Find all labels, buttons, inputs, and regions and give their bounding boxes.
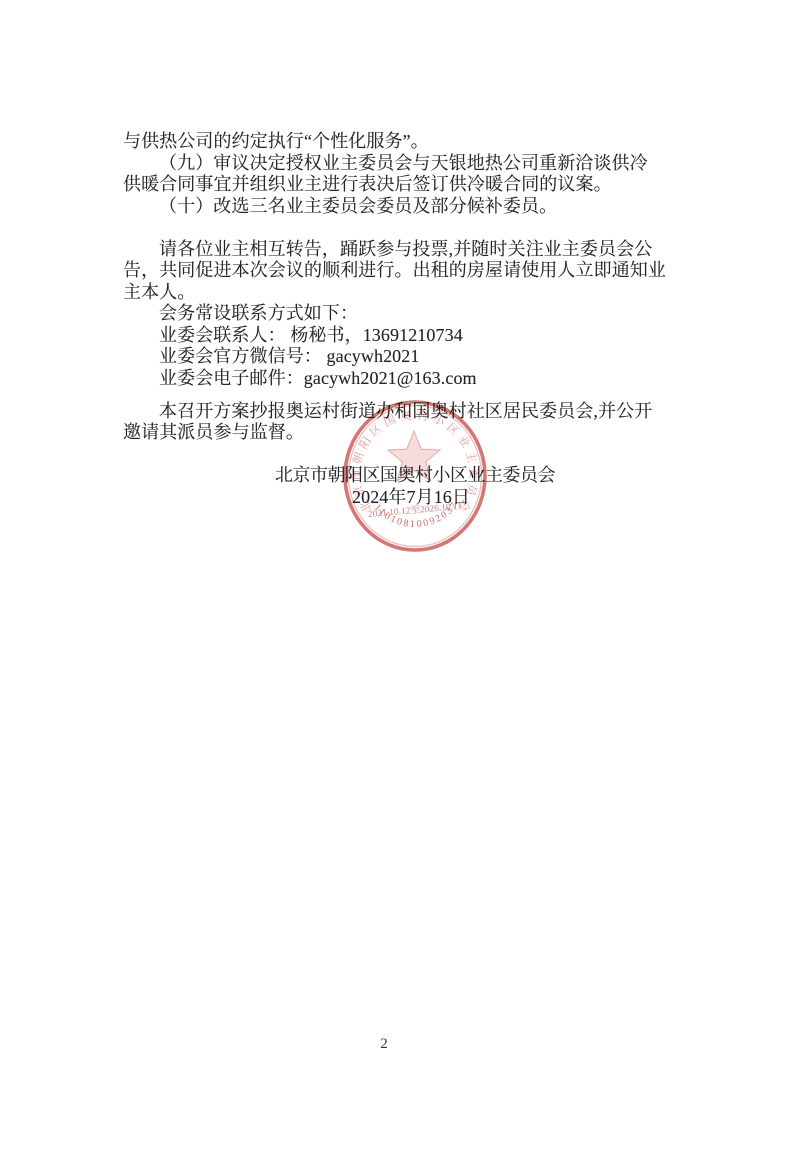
contact-person-line: 业委会联系人： 杨秘书，13691210734 [123,325,653,347]
document-page: 与供热公司的约定执行“个性化服务”。 （九）审议决定授权业主委员会与天银地热公司… [0,0,800,1155]
page-number: 2 [374,1036,394,1053]
official-seal-stamp: 北京市朝阳区国奥村小区业主委员会 2021.10.12至2026.10.11 1… [340,398,490,556]
body-line: 告，共同促进本次会议的顺利进行。出租的房屋请使用人立即通知业 [123,260,653,282]
seal-star-icon [388,431,440,481]
body-line: 会务常设联系方式如下： [123,303,653,325]
body-line: （十）改选三名业主委员会委员及部分候补委员。 [123,196,653,218]
body-line: 请各位业主相互转告，踊跃参与投票,并随时关注业主委员会公 [123,239,653,261]
body-line: 与供热公司的约定执行“个性化服务”。 [123,131,653,153]
wechat-line: 业委会官方微信号： gacywh2021 [123,346,653,368]
body-line: 供暖合同事宜并组织业主进行表决后签订供冷暖合同的议案。 [123,174,653,196]
email-line: 业委会电子邮件：gacywh2021@163.com [123,368,653,390]
blank-line [123,217,653,239]
body-line: 主本人。 [123,282,653,304]
body-line: （九）审议决定授权业主委员会与天银地热公司重新洽谈供冷 [123,153,653,175]
